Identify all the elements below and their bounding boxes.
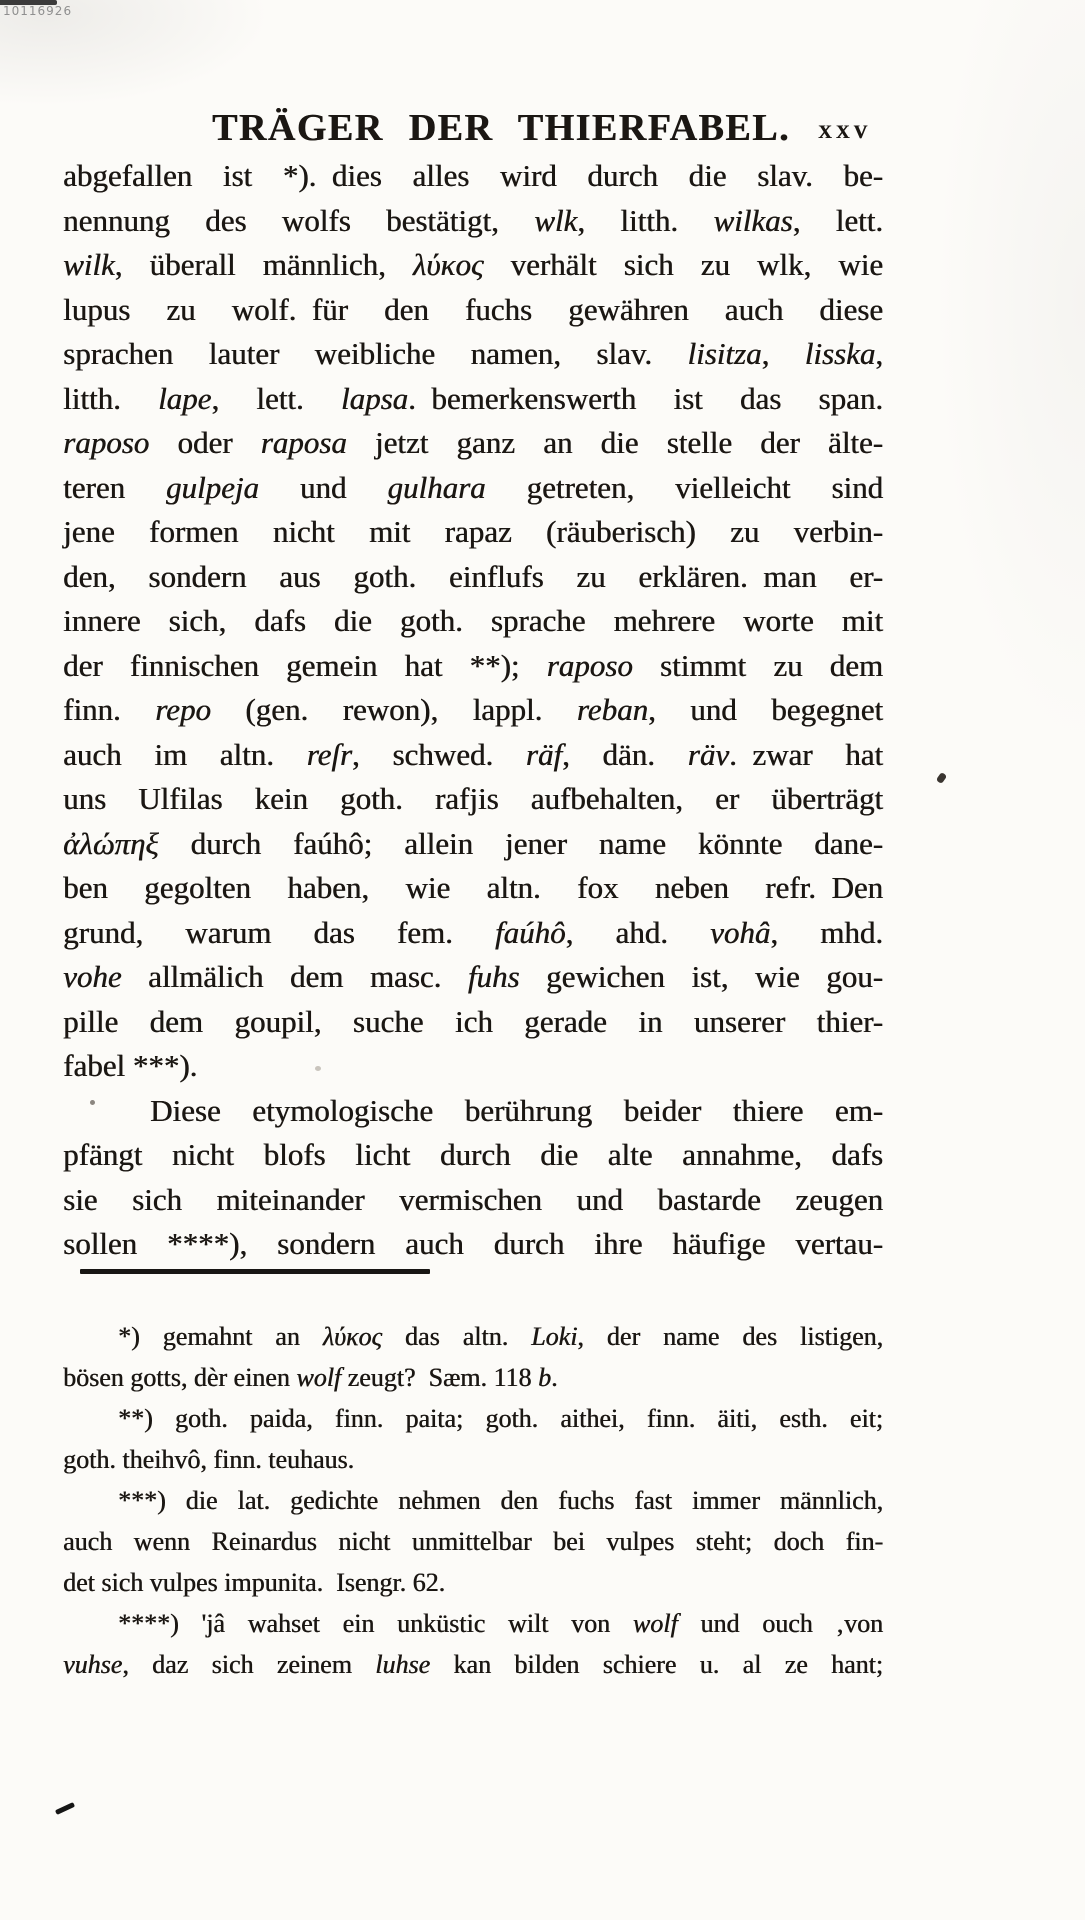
text-line: innere sich, dafs die goth. sprache mehr… — [63, 599, 883, 644]
text-line: jene formen nicht mit rapaz (räuberisch)… — [63, 510, 883, 555]
scan-number: 10116926 — [3, 4, 72, 18]
body-text: abgefallen ist *). dies alles wird durch… — [63, 154, 883, 1267]
text-line: abgefallen ist *). dies alles wird durch… — [63, 154, 883, 199]
text-line: goth. theihvô, finn. teuhaus. — [63, 1439, 883, 1480]
text-line: lupus zu wolf. für den fuchs gewähren au… — [63, 288, 883, 333]
text-line: Diese etymologische berührung beider thi… — [63, 1089, 883, 1134]
text-line: auch wenn Reinardus nicht unmittelbar be… — [63, 1521, 883, 1562]
text-line: sollen ****), sondern auch durch ihre hä… — [63, 1222, 883, 1267]
text-line: pfängt nicht blofs licht durch die alte … — [63, 1133, 883, 1178]
text-line: der finnischen gemein hat **); raposo st… — [63, 644, 883, 689]
text-line: teren gulpeja und gulhara getreten, viel… — [63, 466, 883, 511]
text-line: grund, warum das fem. faúhô, ahd. vohâ, … — [63, 911, 883, 956]
text-line: ben gegolten haben, wie altn. fox neben … — [63, 866, 883, 911]
scan-speck — [315, 1066, 321, 1071]
text-line: pille dem goupil, suche ich gerade in un… — [63, 1000, 883, 1045]
greek-word: λύκος — [413, 247, 484, 282]
text-line: *) gemahnt an λύκος das altn. Loki, der … — [63, 1316, 883, 1357]
text-line: ***) die lat. gedichte nehmen den fuchs … — [63, 1480, 883, 1521]
text-line: **) goth. paida, finn. paita; goth. aith… — [63, 1398, 883, 1439]
text-line: raposo oder raposa jetzt ganz an die ste… — [63, 421, 883, 466]
text-line: finn. repo (gen. rewon), lappl. reban, u… — [63, 688, 883, 733]
greek-word: λύκος — [323, 1322, 382, 1351]
text-line: det sich vulpes impunita. Isengr. 62. — [63, 1562, 883, 1603]
page-number: xxv — [818, 114, 871, 145]
text-line: sprachen lauter weibliche namen, slav. l… — [63, 332, 883, 377]
text-line: ****) 'jâ wahset ein unküstic wilt von w… — [63, 1603, 883, 1644]
text-line: litth. lape, lett. lapsa. bemerkenswerth… — [63, 377, 883, 422]
footnotes: *) gemahnt an λύκος das altn. Loki, der … — [63, 1316, 883, 1685]
text-line: ἀλώπηξ durch faúhô; allein jener name kö… — [63, 822, 883, 867]
text-line: auch im altn. reſr, schwed. räf, dän. rä… — [63, 733, 883, 778]
scan-artifact-bottom-left — [55, 1802, 75, 1815]
page-title: TRÄGER DER THIERFABEL. — [212, 106, 790, 150]
text-line: den, sondern aus goth. einflufs zu erklä… — [63, 555, 883, 600]
text-line: sie sich miteinander vermischen und bast… — [63, 1178, 883, 1223]
scan-speck — [90, 1100, 95, 1105]
text-line: wilk, überall männlich, λύκος verhält si… — [63, 243, 883, 288]
text-line: uns Ulfilas kein goth. rafjis aufbehalte… — [63, 777, 883, 822]
scanned-book-page: { "page": { "scan_number": "10116926", "… — [0, 0, 1085, 1920]
greek-word: ἀλώπηξ — [63, 826, 159, 861]
text-line: vuhse, daz sich zeinem luhse kan bilden … — [63, 1644, 883, 1685]
text-line: vohe allmälich dem masc. fuhs gewichen i… — [63, 955, 883, 1000]
text-line: fabel ***). — [63, 1044, 883, 1089]
footnote-separator — [80, 1269, 430, 1274]
text-line: nennung des wolfs bestätigt, wlk, litth.… — [63, 199, 883, 244]
text-line: bösen gotts, dèr einen wolf zeugt? Sæm. … — [63, 1357, 883, 1398]
scan-speck — [936, 772, 947, 784]
